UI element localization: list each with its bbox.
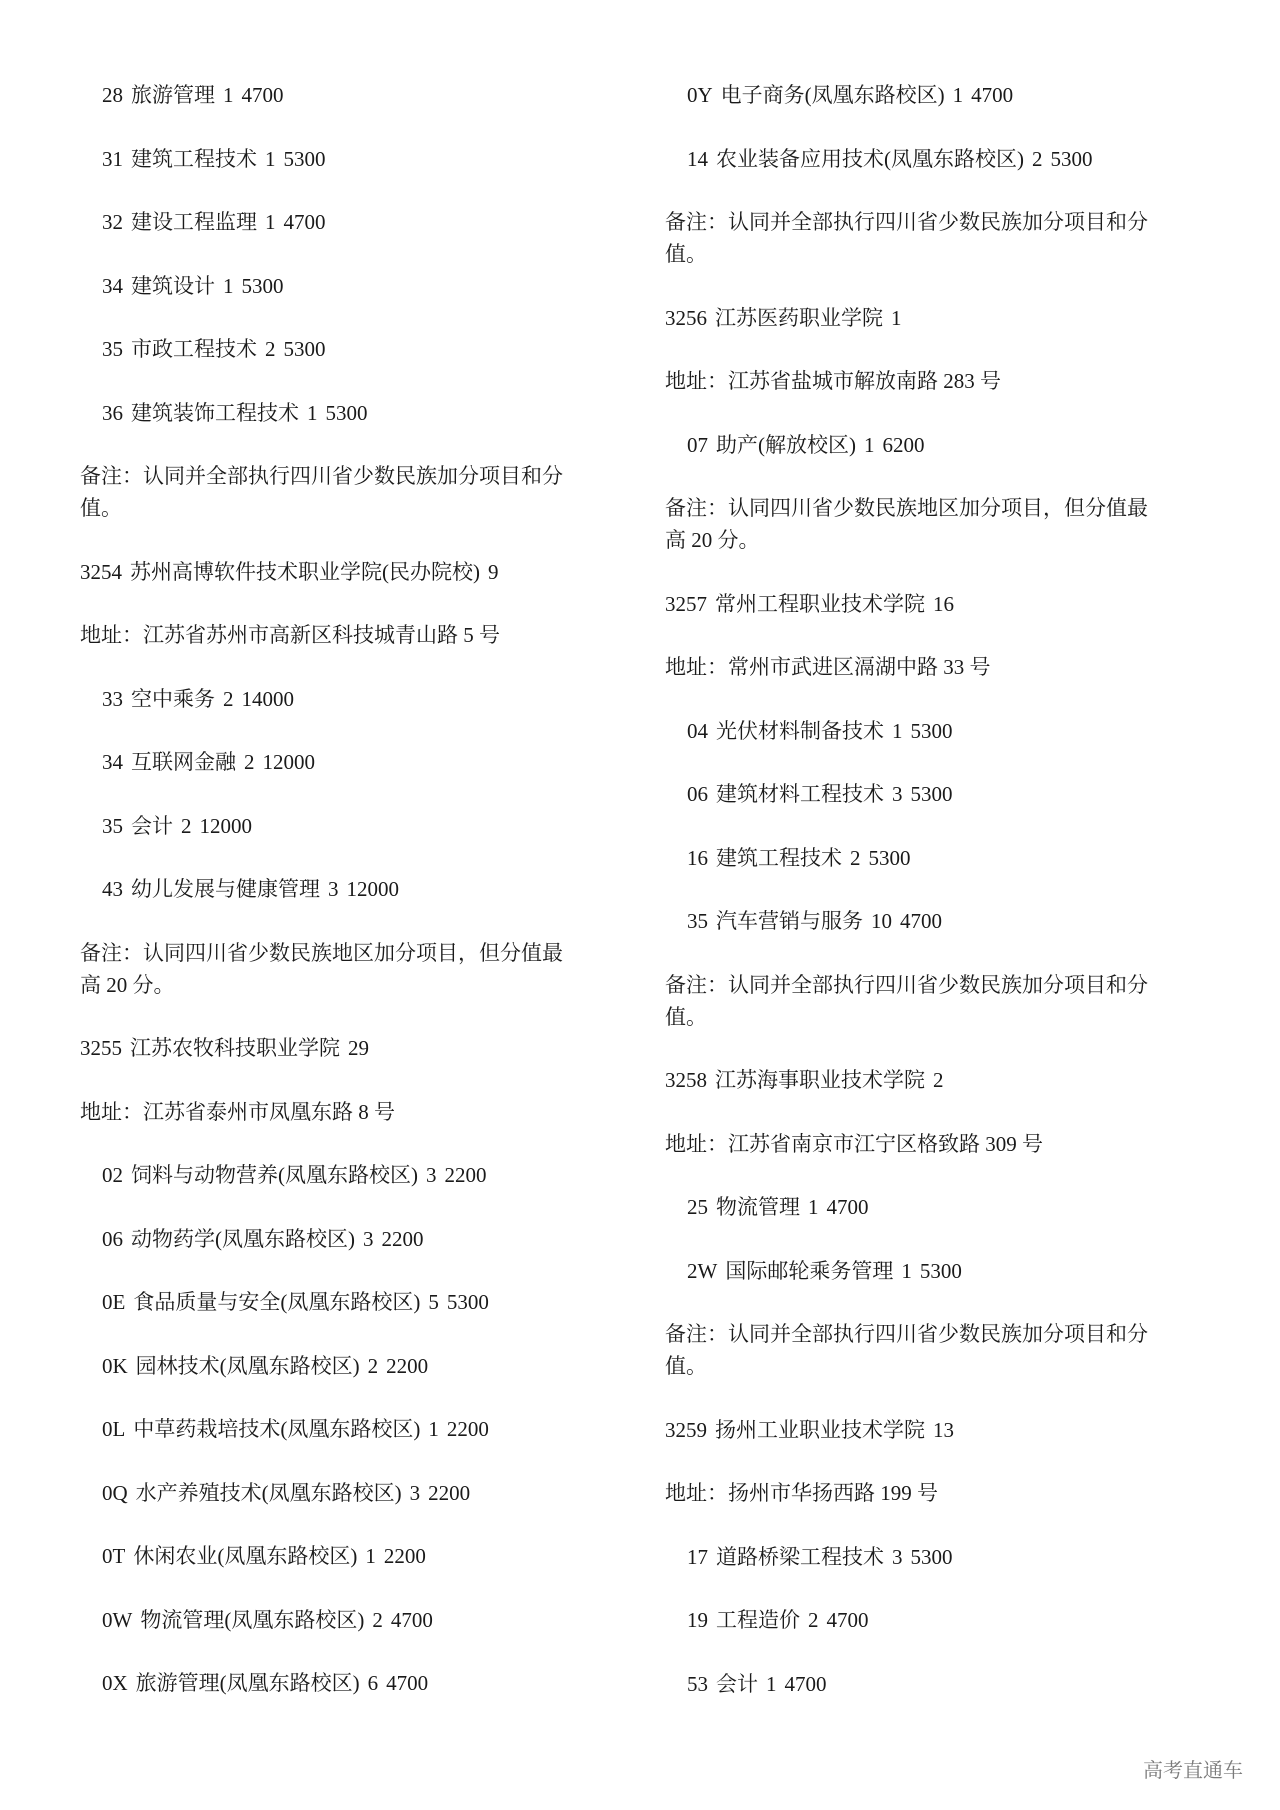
major-code: 34 xyxy=(102,274,123,298)
plan-count: 1 xyxy=(892,719,903,743)
major-code: 43 xyxy=(102,877,123,901)
major-name: 建设工程监理 xyxy=(131,210,257,234)
school-plan-count: 16 xyxy=(933,592,954,616)
major-row: 0W物流管理(凤凰东路校区)24700 xyxy=(80,1604,580,1636)
remark-line-1: 备注：认同四川省少数民族地区加分项目，但分值最 xyxy=(665,492,1165,524)
school-address: 地址：江苏省泰州市凤凰东路 8 号 xyxy=(80,1096,580,1128)
remark-line-2: 高 20 分。 xyxy=(665,524,1165,556)
major-code: 34 xyxy=(102,750,123,774)
major-code: 36 xyxy=(102,401,123,425)
major-code: 17 xyxy=(687,1545,708,1569)
remark-note: 备注：认同并全部执行四川省少数民族加分项目和分值。 xyxy=(80,460,580,524)
major-name: 休闲农业(凤凰东路校区) xyxy=(133,1544,357,1568)
tuition-fee: 4700 xyxy=(391,1608,433,1632)
school-code: 3256 xyxy=(665,306,707,330)
tuition-fee: 2200 xyxy=(428,1481,470,1505)
major-row: 43幼儿发展与健康管理312000 xyxy=(80,873,580,905)
major-name: 建筑工程技术 xyxy=(716,846,842,870)
remark-note: 备注：认同并全部执行四川省少数民族加分项目和分值。 xyxy=(665,1318,1165,1382)
remark-line-1: 备注：认同四川省少数民族地区加分项目，但分值最 xyxy=(80,937,580,969)
remark-line-2: 值。 xyxy=(80,492,580,524)
major-code: 32 xyxy=(102,210,123,234)
major-code: 35 xyxy=(102,814,123,838)
tuition-fee: 5300 xyxy=(326,401,368,425)
major-code: 02 xyxy=(102,1163,123,1187)
school-plan-count: 2 xyxy=(933,1068,944,1092)
major-code: 35 xyxy=(102,337,123,361)
tuition-fee: 2200 xyxy=(382,1227,424,1251)
major-name: 饲料与动物营养(凤凰东路校区) xyxy=(131,1163,418,1187)
plan-count: 2 xyxy=(181,814,192,838)
major-name: 物流管理(凤凰东路校区) xyxy=(140,1608,364,1632)
school-header: 3255江苏农牧科技职业学院29 xyxy=(80,1032,580,1064)
remark-line-2: 值。 xyxy=(665,1001,1165,1033)
school-name: 江苏海事职业技术学院 xyxy=(715,1068,925,1092)
tuition-fee: 12000 xyxy=(200,814,253,838)
major-name: 建筑材料工程技术 xyxy=(716,782,884,806)
remark-line-1: 备注：认同并全部执行四川省少数民族加分项目和分 xyxy=(80,460,580,492)
major-code: 33 xyxy=(102,687,123,711)
plan-count: 2 xyxy=(223,687,234,711)
major-name: 空中乘务 xyxy=(131,687,215,711)
major-name: 旅游管理(凤凰东路校区) xyxy=(136,1671,360,1695)
major-name: 工程造价 xyxy=(716,1608,800,1632)
tuition-fee: 5300 xyxy=(869,846,911,870)
tuition-fee: 4700 xyxy=(827,1195,869,1219)
major-name: 国际邮轮乘务管理 xyxy=(725,1259,893,1283)
major-code: 31 xyxy=(102,147,123,171)
major-code: 04 xyxy=(687,719,708,743)
plan-count: 5 xyxy=(428,1290,439,1314)
tuition-fee: 5300 xyxy=(284,147,326,171)
major-name: 汽车营销与服务 xyxy=(716,909,863,933)
school-header: 3257常州工程职业技术学院16 xyxy=(665,588,1165,620)
school-address: 地址：江苏省苏州市高新区科技城青山路 5 号 xyxy=(80,619,580,651)
major-name: 水产养殖技术(凤凰东路校区) xyxy=(136,1481,402,1505)
school-header: 3259扬州工业职业技术学院13 xyxy=(665,1414,1165,1446)
tuition-fee: 5300 xyxy=(447,1290,489,1314)
plan-count: 2 xyxy=(265,337,276,361)
tuition-fee: 5300 xyxy=(911,1545,953,1569)
remark-line-2: 值。 xyxy=(665,238,1165,270)
school-address: 地址：扬州市华扬西路 199 号 xyxy=(665,1477,1165,1509)
tuition-fee: 5300 xyxy=(284,337,326,361)
school-address: 地址：江苏省南京市江宁区格致路 309 号 xyxy=(665,1128,1165,1160)
major-code: 0Q xyxy=(102,1481,128,1505)
major-name: 中草药栽培技术(凤凰东路校区) xyxy=(133,1417,420,1441)
major-row: 36建筑装饰工程技术15300 xyxy=(80,397,580,429)
plan-count: 3 xyxy=(410,1481,421,1505)
major-code: 0X xyxy=(102,1671,128,1695)
major-row: 34互联网金融212000 xyxy=(80,746,580,778)
left-column: 28旅游管理1470031建筑工程技术1530032建设工程监理1470034建… xyxy=(80,79,580,1731)
plan-count: 1 xyxy=(223,83,234,107)
watermark: 高考直通车 xyxy=(1143,1757,1243,1783)
plan-count: 3 xyxy=(328,877,339,901)
plan-count: 1 xyxy=(766,1672,777,1696)
tuition-fee: 14000 xyxy=(242,687,295,711)
school-address: 地址：常州市武进区滆湖中路 33 号 xyxy=(665,651,1165,683)
tuition-fee: 12000 xyxy=(347,877,400,901)
plan-count: 10 xyxy=(871,909,892,933)
major-code: 14 xyxy=(687,147,708,171)
tuition-fee: 5300 xyxy=(242,274,284,298)
tuition-fee: 6200 xyxy=(883,433,925,457)
plan-count: 2 xyxy=(368,1354,379,1378)
tuition-fee: 4700 xyxy=(386,1671,428,1695)
school-address: 地址：江苏省盐城市解放南路 283 号 xyxy=(665,365,1165,397)
major-row: 31建筑工程技术15300 xyxy=(80,143,580,175)
major-row: 28旅游管理14700 xyxy=(80,79,580,111)
plan-count: 2 xyxy=(372,1608,383,1632)
school-plan-count: 13 xyxy=(933,1418,954,1442)
school-code: 3258 xyxy=(665,1068,707,1092)
major-row: 14农业装备应用技术(凤凰东路校区)25300 xyxy=(665,143,1165,175)
major-row: 53会计14700 xyxy=(665,1668,1165,1700)
right-column: 0Y电子商务(凤凰东路校区)1470014农业装备应用技术(凤凰东路校区)253… xyxy=(665,79,1165,1731)
major-row: 06动物药学(凤凰东路校区)32200 xyxy=(80,1223,580,1255)
tuition-fee: 5300 xyxy=(911,782,953,806)
plan-count: 2 xyxy=(244,750,255,774)
plan-count: 2 xyxy=(1032,147,1043,171)
major-row: 35市政工程技术25300 xyxy=(80,333,580,365)
school-name: 扬州工业职业技术学院 xyxy=(715,1418,925,1442)
tuition-fee: 5300 xyxy=(1051,147,1093,171)
school-code: 3259 xyxy=(665,1418,707,1442)
major-name: 建筑工程技术 xyxy=(131,147,257,171)
major-row: 07助产(解放校区)16200 xyxy=(665,429,1165,461)
major-name: 会计 xyxy=(131,814,173,838)
remark-line-1: 备注：认同并全部执行四川省少数民族加分项目和分 xyxy=(665,1318,1165,1350)
major-row: 2W国际邮轮乘务管理15300 xyxy=(665,1255,1165,1287)
major-code: 35 xyxy=(687,909,708,933)
major-row: 0Q水产养殖技术(凤凰东路校区)32200 xyxy=(80,1477,580,1509)
plan-count: 6 xyxy=(368,1671,379,1695)
school-code: 3257 xyxy=(665,592,707,616)
tuition-fee: 4700 xyxy=(971,83,1013,107)
major-row: 0Y电子商务(凤凰东路校区)14700 xyxy=(665,79,1165,111)
major-name: 市政工程技术 xyxy=(131,337,257,361)
major-name: 食品质量与安全(凤凰东路校区) xyxy=(133,1290,420,1314)
major-name: 会计 xyxy=(716,1672,758,1696)
major-code: 2W xyxy=(687,1259,717,1283)
major-code: 0Y xyxy=(687,83,713,107)
major-row: 0X旅游管理(凤凰东路校区)64700 xyxy=(80,1667,580,1699)
remark-note: 备注：认同四川省少数民族地区加分项目，但分值最高 20 分。 xyxy=(665,492,1165,556)
major-name: 道路桥梁工程技术 xyxy=(716,1545,884,1569)
school-name: 常州工程职业技术学院 xyxy=(715,592,925,616)
plan-count: 1 xyxy=(365,1544,376,1568)
major-code: 53 xyxy=(687,1672,708,1696)
major-code: 28 xyxy=(102,83,123,107)
plan-count: 1 xyxy=(901,1259,912,1283)
remark-line-1: 备注：认同并全部执行四川省少数民族加分项目和分 xyxy=(665,206,1165,238)
school-plan-count: 29 xyxy=(348,1036,369,1060)
plan-count: 3 xyxy=(426,1163,437,1187)
major-code: 07 xyxy=(687,433,708,457)
school-name: 苏州高博软件技术职业学院(民办院校) xyxy=(130,560,480,584)
major-name: 光伏材料制备技术 xyxy=(716,719,884,743)
plan-count: 3 xyxy=(892,1545,903,1569)
plan-count: 3 xyxy=(363,1227,374,1251)
tuition-fee: 4700 xyxy=(284,210,326,234)
tuition-fee: 2200 xyxy=(386,1354,428,1378)
plan-count: 1 xyxy=(223,274,234,298)
major-row: 06建筑材料工程技术35300 xyxy=(665,778,1165,810)
major-code: 16 xyxy=(687,846,708,870)
major-code: 06 xyxy=(687,782,708,806)
major-code: 0K xyxy=(102,1354,128,1378)
major-row: 0L中草药栽培技术(凤凰东路校区)12200 xyxy=(80,1413,580,1445)
tuition-fee: 5300 xyxy=(920,1259,962,1283)
major-code: 0W xyxy=(102,1608,132,1632)
remark-note: 备注：认同并全部执行四川省少数民族加分项目和分值。 xyxy=(665,206,1165,270)
major-name: 旅游管理 xyxy=(131,83,215,107)
plan-count: 1 xyxy=(428,1417,439,1441)
major-name: 互联网金融 xyxy=(131,750,236,774)
major-row: 19工程造价24700 xyxy=(665,1604,1165,1636)
school-header: 3256江苏医药职业学院1 xyxy=(665,302,1165,334)
major-name: 幼儿发展与健康管理 xyxy=(131,877,320,901)
school-code: 3255 xyxy=(80,1036,122,1060)
plan-count: 1 xyxy=(864,433,875,457)
school-header: 3254苏州高博软件技术职业学院(民办院校)9 xyxy=(80,556,580,588)
major-row: 17道路桥梁工程技术35300 xyxy=(665,1541,1165,1573)
tuition-fee: 2200 xyxy=(445,1163,487,1187)
tuition-fee: 2200 xyxy=(447,1417,489,1441)
school-name: 江苏农牧科技职业学院 xyxy=(130,1036,340,1060)
major-row: 33空中乘务214000 xyxy=(80,683,580,715)
major-name: 助产(解放校区) xyxy=(716,433,856,457)
major-name: 建筑装饰工程技术 xyxy=(131,401,299,425)
major-row: 02饲料与动物营养(凤凰东路校区)32200 xyxy=(80,1159,580,1191)
major-code: 0T xyxy=(102,1544,125,1568)
remark-line-1: 备注：认同并全部执行四川省少数民族加分项目和分 xyxy=(665,969,1165,1001)
plan-count: 1 xyxy=(808,1195,819,1219)
major-code: 06 xyxy=(102,1227,123,1251)
plan-count: 1 xyxy=(265,210,276,234)
major-code: 25 xyxy=(687,1195,708,1219)
major-name: 建筑设计 xyxy=(131,274,215,298)
school-code: 3254 xyxy=(80,560,122,584)
major-row: 0K园林技术(凤凰东路校区)22200 xyxy=(80,1350,580,1382)
major-code: 19 xyxy=(687,1608,708,1632)
major-row: 0E食品质量与安全(凤凰东路校区)55300 xyxy=(80,1286,580,1318)
major-code: 0L xyxy=(102,1417,125,1441)
major-name: 动物药学(凤凰东路校区) xyxy=(131,1227,355,1251)
plan-count: 3 xyxy=(892,782,903,806)
tuition-fee: 12000 xyxy=(263,750,316,774)
plan-count: 2 xyxy=(808,1608,819,1632)
major-row: 35会计212000 xyxy=(80,810,580,842)
plan-count: 2 xyxy=(850,846,861,870)
school-name: 江苏医药职业学院 xyxy=(715,306,883,330)
major-row: 04光伏材料制备技术15300 xyxy=(665,715,1165,747)
plan-count: 1 xyxy=(953,83,964,107)
remark-line-2: 值。 xyxy=(665,1350,1165,1382)
major-row: 32建设工程监理14700 xyxy=(80,206,580,238)
major-row: 35汽车营销与服务104700 xyxy=(665,905,1165,937)
major-name: 物流管理 xyxy=(716,1195,800,1219)
major-row: 34建筑设计15300 xyxy=(80,270,580,302)
major-row: 25物流管理14700 xyxy=(665,1191,1165,1223)
tuition-fee: 4700 xyxy=(827,1608,869,1632)
tuition-fee: 4700 xyxy=(242,83,284,107)
school-header: 3258江苏海事职业技术学院2 xyxy=(665,1064,1165,1096)
major-row: 16建筑工程技术25300 xyxy=(665,842,1165,874)
major-name: 园林技术(凤凰东路校区) xyxy=(136,1354,360,1378)
major-row: 0T休闲农业(凤凰东路校区)12200 xyxy=(80,1540,580,1572)
school-plan-count: 1 xyxy=(891,306,902,330)
tuition-fee: 2200 xyxy=(384,1544,426,1568)
tuition-fee: 5300 xyxy=(911,719,953,743)
remark-line-2: 高 20 分。 xyxy=(80,969,580,1001)
tuition-fee: 4700 xyxy=(900,909,942,933)
major-name: 电子商务(凤凰东路校区) xyxy=(721,83,945,107)
plan-count: 1 xyxy=(265,147,276,171)
major-name: 农业装备应用技术(凤凰东路校区) xyxy=(716,147,1024,171)
tuition-fee: 4700 xyxy=(785,1672,827,1696)
remark-note: 备注：认同并全部执行四川省少数民族加分项目和分值。 xyxy=(665,969,1165,1033)
plan-count: 1 xyxy=(307,401,318,425)
school-plan-count: 9 xyxy=(488,560,499,584)
remark-note: 备注：认同四川省少数民族地区加分项目，但分值最高 20 分。 xyxy=(80,937,580,1001)
major-code: 0E xyxy=(102,1290,125,1314)
